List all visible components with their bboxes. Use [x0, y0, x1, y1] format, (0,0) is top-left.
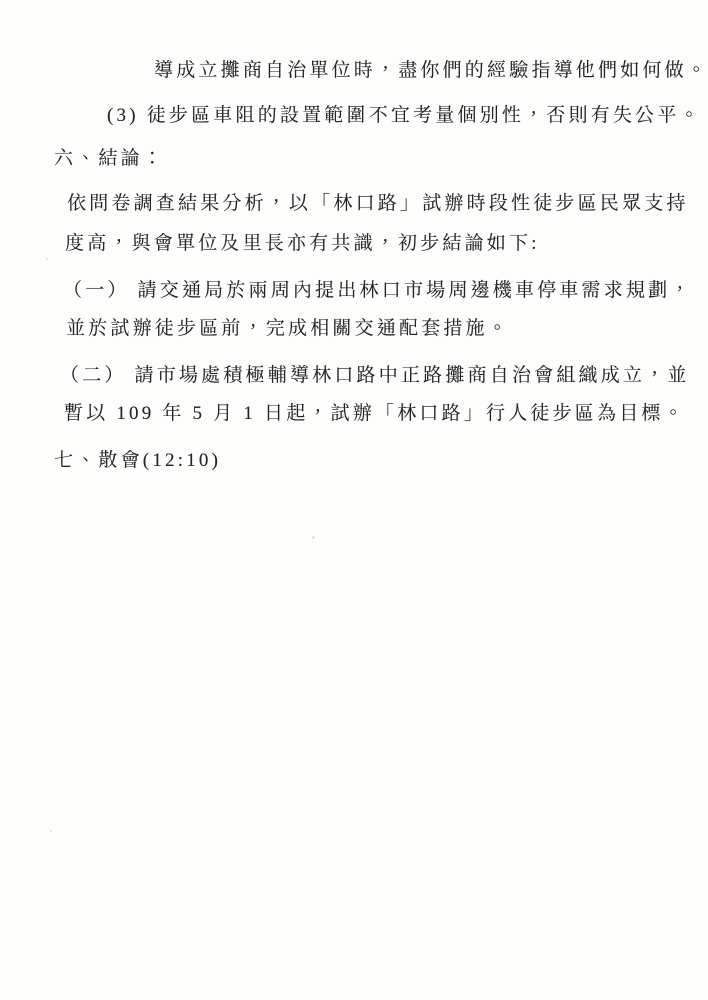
document-page: 導成立攤商自治單位時，盡你們的經驗指導他們如何做。 (3) 徒步區車阻的設置範圍… [0, 0, 708, 1000]
scan-speck [50, 830, 52, 832]
document-line-subitem-3: (3) 徒步區車阻的設置範圍不宜考量個別性，否則有失公平。 [107, 104, 702, 128]
conclusion-item-2-line-2: 暫以 109 年 5 月 1 日起，試辦「林口路」行人徒步區為目標。 [64, 402, 686, 426]
conclusion-paragraph-line-1: 依問卷調查結果分析，以「林口路」試辦時段性徒步區民眾支持 [67, 192, 689, 216]
conclusion-item-2-line-1: （二） 請市場處積極輔導林口路中正路攤商自治會組織成立，並 [60, 364, 690, 388]
section-heading-7-adjourn: 七、散會(12:10) [54, 449, 221, 473]
conclusion-paragraph-line-2: 度高，與會單位及里長亦有共識，初步結論如下: [65, 232, 540, 256]
conclusion-item-1-line-2: 並於試辦徒步區前，完成相關交通配套措施。 [66, 317, 510, 341]
document-line-continuation: 導成立攤商自治單位時，盡你們的經驗指導他們如何做。 [154, 59, 708, 83]
scan-speck [312, 536, 315, 539]
scan-speck [46, 258, 48, 260]
conclusion-item-1-line-1: （一） 請交通局於兩周內提出林口市場周邊機車停車需求規劃， [63, 279, 693, 303]
section-heading-6-conclusion: 六、結論： [54, 147, 165, 171]
